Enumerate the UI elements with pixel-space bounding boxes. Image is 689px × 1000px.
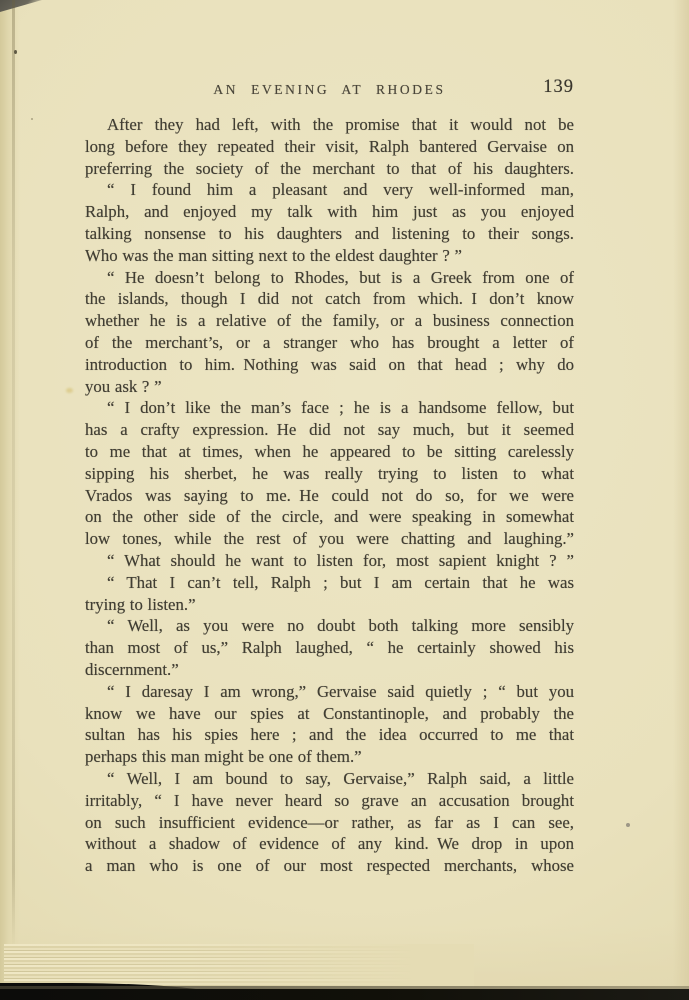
text-line: irritably, “ I have never heard so grave… [85,790,574,812]
book-cover-edge [0,989,689,1000]
paragraph: After they had left, with the promise th… [85,114,574,179]
text-line: a man who is one of our most respected m… [85,855,574,877]
text-line: “ Well, I am bound to say, Gervaise,” Ra… [85,768,574,790]
text-line: preferring the society of the merchant t… [85,158,574,180]
text-line: “ He doesn’t belong to Rhodes, but is a … [85,267,574,289]
paper-speck [31,118,33,120]
text-line: to me that at times, when he appeared to… [85,441,574,463]
book-page-scan: AN EVENING AT RHODES 139 After they had … [0,0,689,1000]
text-line: sipping his sherbet, he was really tryin… [85,463,574,485]
paragraph: “ I daresay I am wrong,” Gervaise said q… [85,681,574,768]
paragraph: “ I found him a pleasant and very well-i… [85,179,574,266]
text-line: the islands, though I did not catch from… [85,288,574,310]
text-line: has a crafty expression. He did not say … [85,419,574,441]
paragraph: “ I don’t like the man’s face ; he is a … [85,397,574,550]
text-line: of the merchant’s, or a stranger who has… [85,332,574,354]
running-title: AN EVENING AT RHODES [85,82,574,98]
text-line: “ What should he want to listen for, mos… [85,550,574,572]
text-line: After they had left, with the promise th… [85,114,574,136]
paragraph: “ Well, I am bound to say, Gervaise,” Ra… [85,768,574,877]
text-line: Ralph, and enjoyed my talk with him just… [85,201,574,223]
paragraph: “ What should he want to listen for, mos… [85,550,574,572]
scan-corner-shadow [0,0,42,12]
text-line: perhaps this man might be one of them.” [85,746,574,768]
page-stack-fade [4,944,474,988]
text-line: low tones, while the rest of you were ch… [85,528,574,550]
text-line: than most of us,” Ralph laughed, “ he ce… [85,637,574,659]
text-line: discernment.” [85,659,574,681]
text-line: you ask ? ” [85,376,574,398]
text-line: “ I found him a pleasant and very well-i… [85,179,574,201]
page-number: 139 [543,77,574,98]
paragraph: “ That I can’t tell, Ralph ; but I am ce… [85,572,574,616]
paragraph: “ He doesn’t belong to Rhodes, but is a … [85,267,574,398]
text-line: on the other side of the circle, and wer… [85,506,574,528]
text-line: know we have our spies at Constantinople… [85,703,574,725]
paper-stain [66,388,73,393]
text-line: “ I don’t like the man’s face ; he is a … [85,397,574,419]
text-line: introduction to him. Nothing was said on… [85,354,574,376]
page-crease-line [12,0,15,948]
text-line: Vrados was saying to me. He could not do… [85,485,574,507]
text-line: trying to listen.” [85,594,574,616]
page-text: After they had left, with the promise th… [85,114,574,877]
text-line: whether he is a relative of the family, … [85,310,574,332]
paper-speck [14,50,17,54]
text-line: on such insufficient evidence—or rather,… [85,812,574,834]
text-line: “ That I can’t tell, Ralph ; but I am ce… [85,572,574,594]
page-header: AN EVENING AT RHODES 139 [85,79,574,99]
text-line: talking nonsense to his daughters and li… [85,223,574,245]
text-line: long before they repeated their visit, R… [85,136,574,158]
text-line: “ I daresay I am wrong,” Gervaise said q… [85,681,574,703]
paragraph: “ Well, as you were no doubt both talkin… [85,615,574,680]
text-line: Who was the man sitting next to the elde… [85,245,574,267]
text-line: “ Well, as you were no doubt both talkin… [85,615,574,637]
text-line: sultan has his spies here ; and the idea… [85,724,574,746]
paper-speck [626,823,630,827]
text-line: without a shadow of evidence of any kind… [85,833,574,855]
